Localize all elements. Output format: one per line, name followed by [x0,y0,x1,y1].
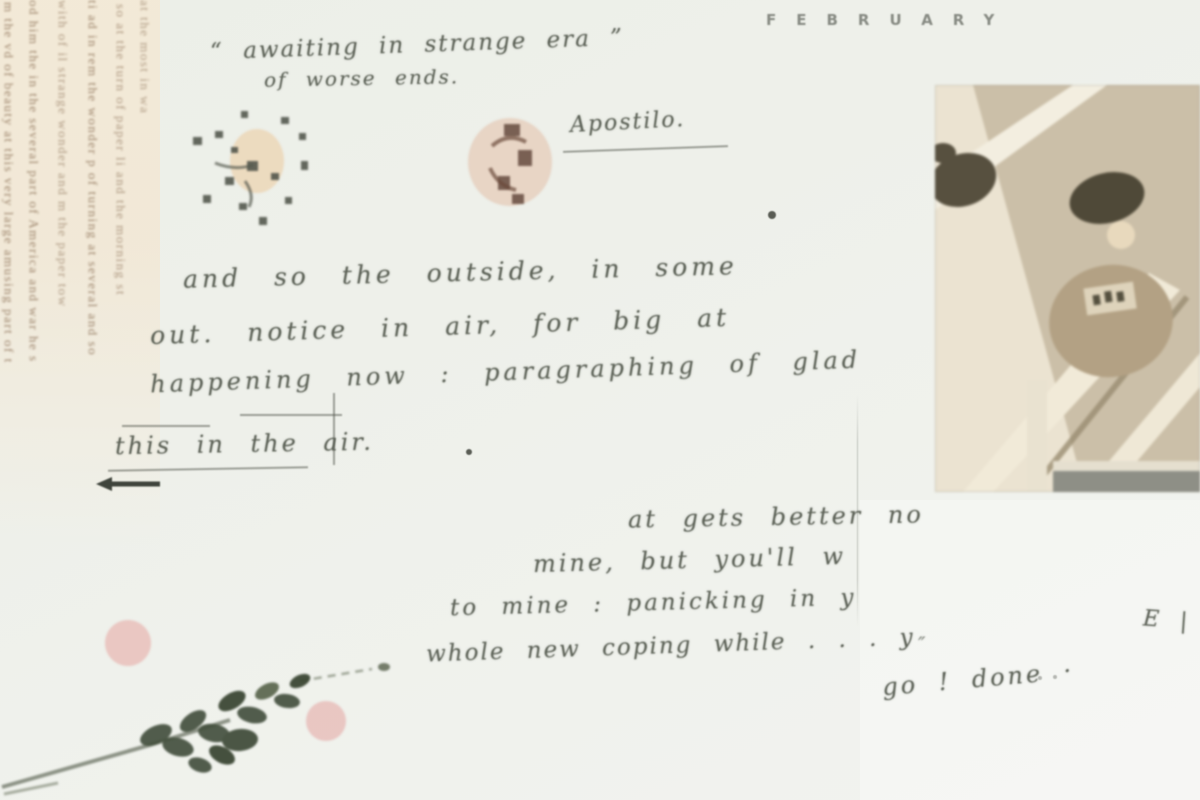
underline-mark [122,425,210,427]
signature-word: Apostilo. [569,107,685,138]
month-header: FEBRUARY [766,11,1014,29]
note-line: whole new coping while . . . y [426,624,915,667]
bracket-mark [333,393,335,465]
flower-stem [2,720,230,787]
note-line: mine, but you'll w [533,542,847,578]
print-pillar [1027,380,1047,492]
paragraph-line: happening now : paragraphing of glad [150,346,862,399]
quote-line-2: of worse ends. [264,64,460,91]
scrapbook-page: m the vd of beauty at this very large am… [0,0,1200,800]
pressed-flower [0,595,400,800]
newsprint-column: so at the turn of paper li and the morni… [114,4,128,474]
print-bottom-band [1053,471,1200,492]
ink-speck [466,449,472,455]
paragraph-line: out. notice in air, for big at [150,303,731,350]
woodblock-print-image [935,85,1200,492]
newsprint-column: m the vd of beauty at this very large am… [2,2,16,697]
newsprint-clipping [0,0,160,545]
note-line: at gets better no [628,500,924,533]
paragraph-line: and so the outside, in some [183,251,738,294]
print-figure-face [1107,221,1135,249]
air-phrase: this in the air. [115,428,374,461]
underline-mark [240,414,342,416]
ink-speck [768,211,776,219]
stamp-sketch [460,110,580,215]
ink-sketch [185,103,335,248]
flower-leaves [137,663,390,775]
signature-underline [563,145,728,153]
tick-marks: ″ [918,632,927,656]
newsprint-column: at the most in wa [138,0,152,205]
blossom [105,620,151,666]
quote-line-1: “ awaiting in strange era ” [210,25,625,65]
newsprint-column: with of il strange wonder and m the pape… [56,0,70,435]
newsprint-column: od him the in the several part of Americ… [27,0,41,560]
blossom [306,701,346,741]
corner-mark: E | [1142,606,1190,634]
arrow-mark [94,473,166,495]
note-line: to mine : panicking in y [450,585,857,622]
